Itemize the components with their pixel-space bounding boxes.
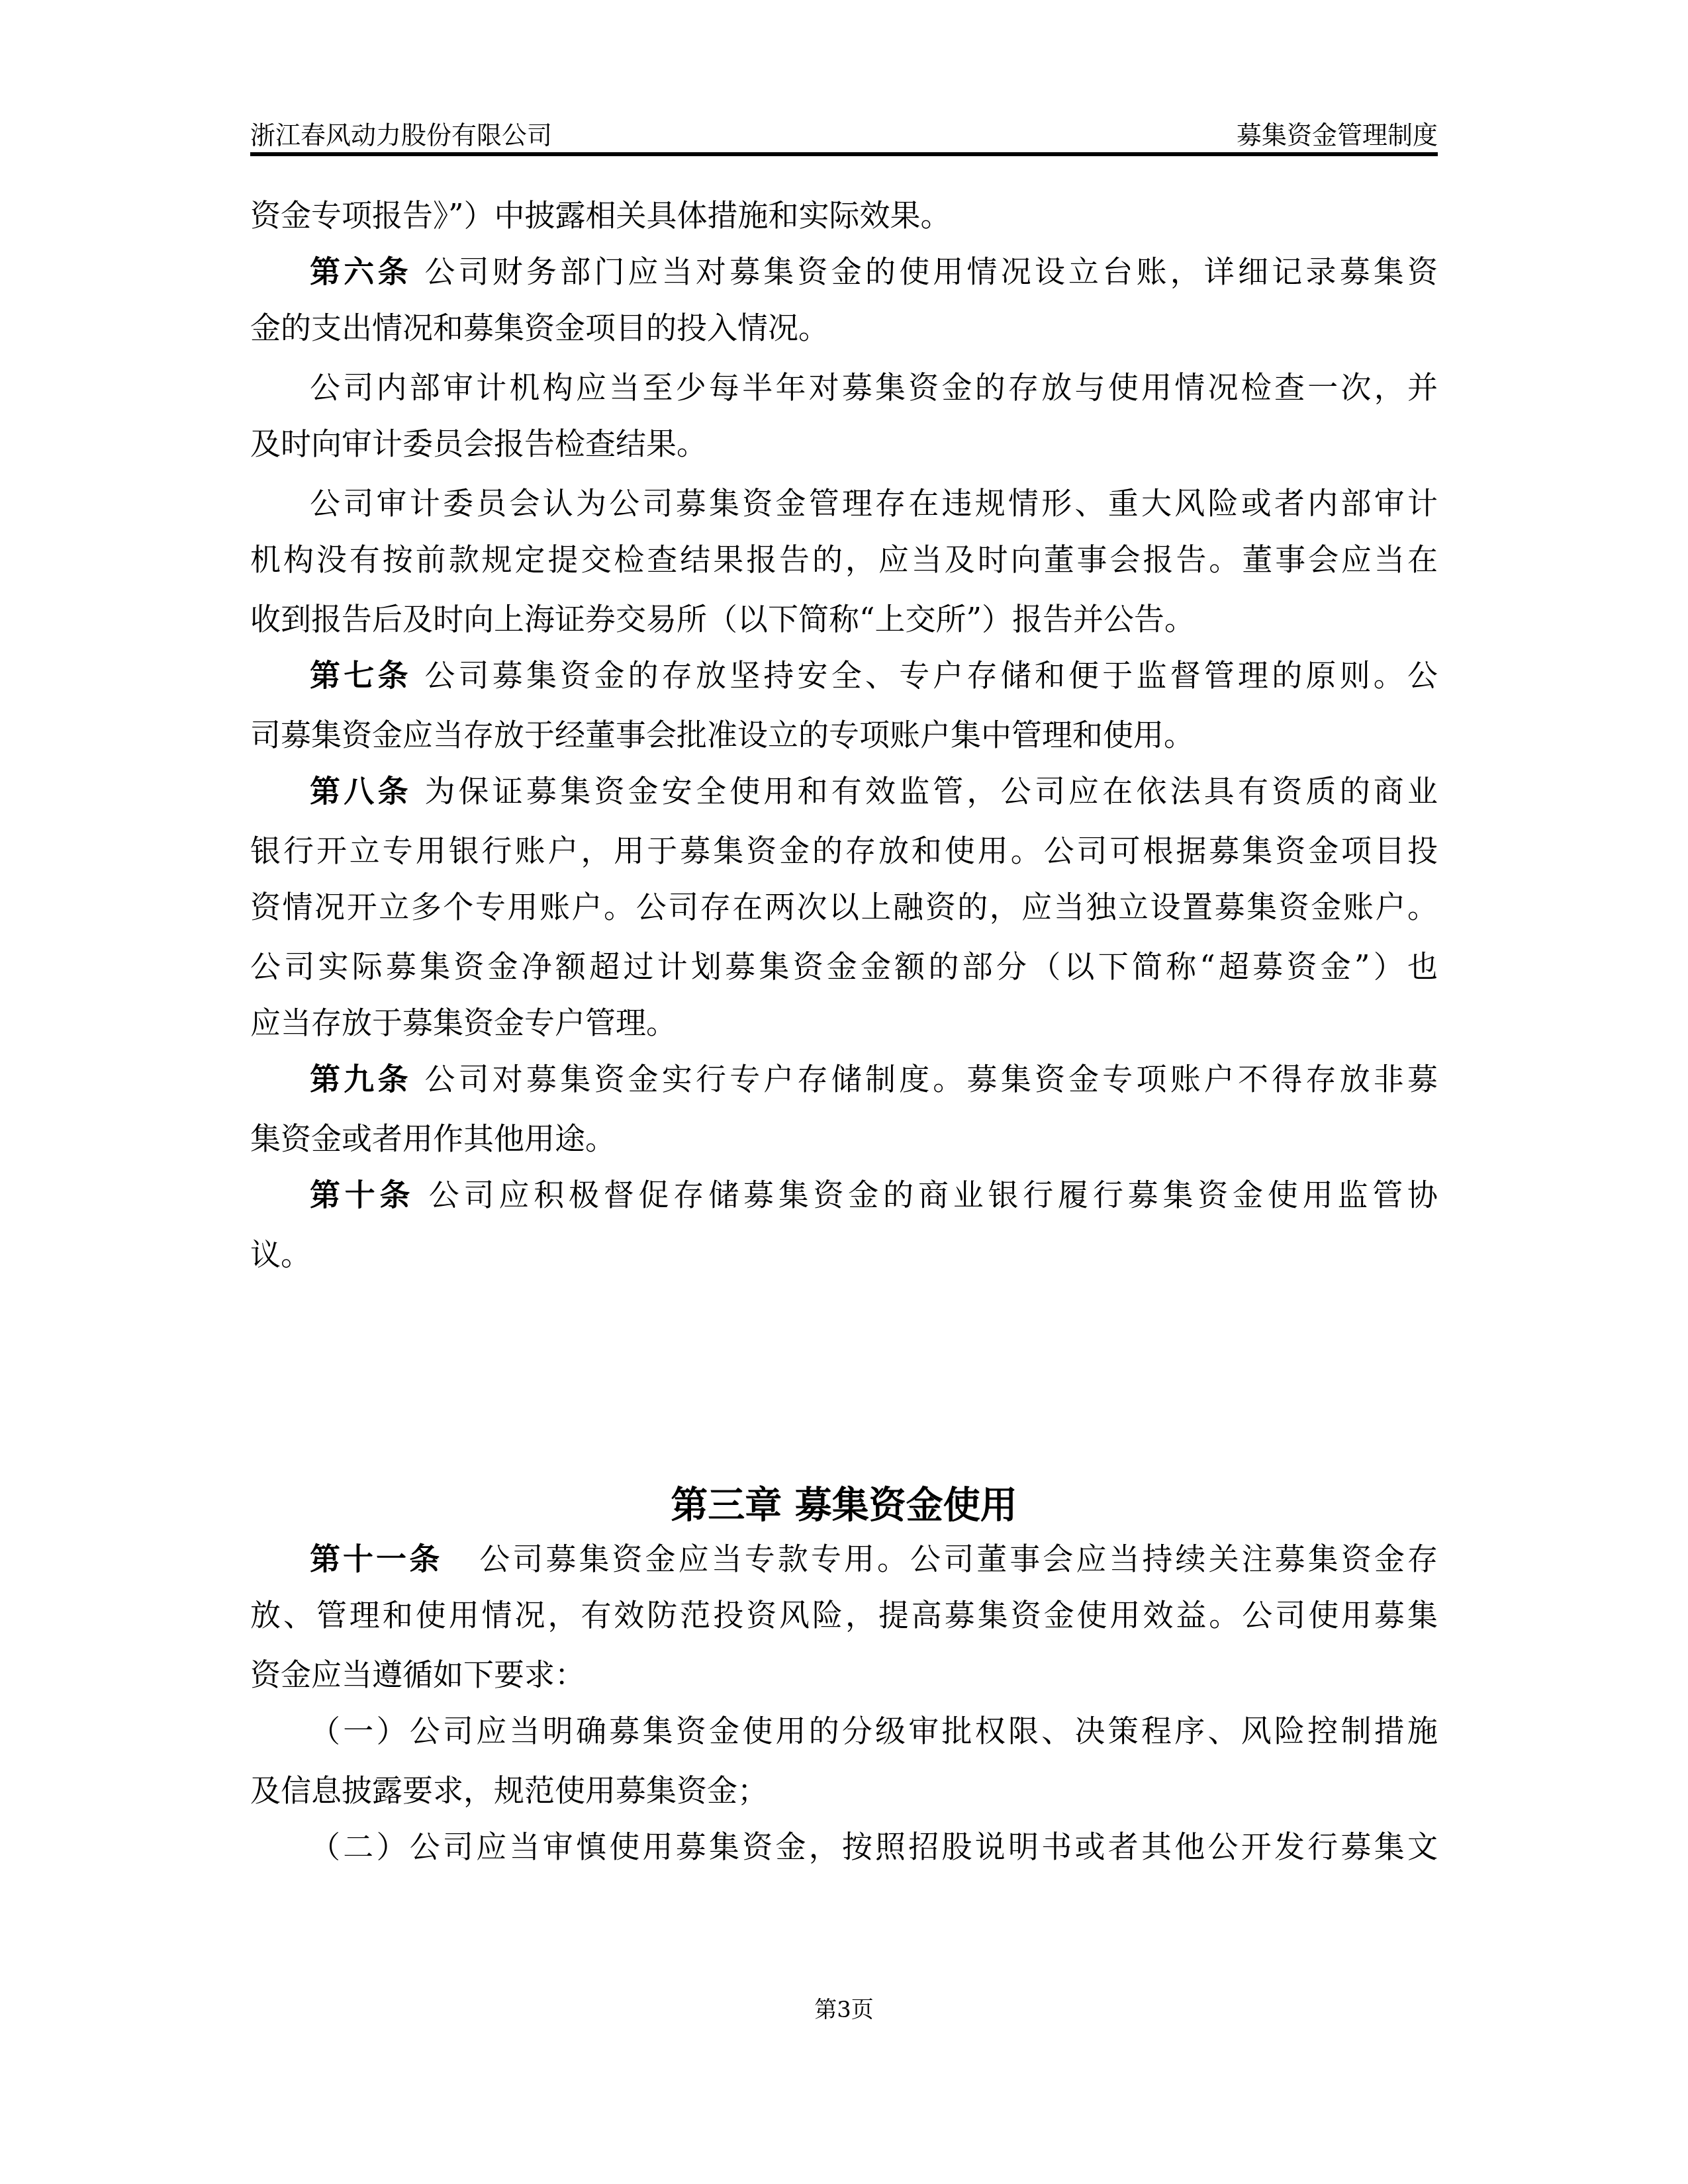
paragraph-line: 议。 [250,1234,1438,1274]
paragraph-line: 金的支出情况和募集资金项目的投入情况。 [250,308,1438,347]
article-text: 为保证募集资金安全使用和有效监管，公司应在依法具有资质的商业 [424,773,1438,809]
paragraph-line: 集资金或者用作其他用途。 [250,1118,1438,1158]
article-8-line: 第八条 为保证募集资金安全使用和有效监管，公司应在依法具有资质的商业 [310,771,1438,811]
paragraph-line: 公司实际募集资金净额超过计划募集资金金额的部分（以下简称“超募资金”）也 [250,946,1438,986]
paragraph-line: 放、管理和使用情况，有效防范投资风险，提高募集资金使用效益。公司使用募集 [250,1595,1438,1635]
article-label: 第六条 [310,253,412,289]
paragraph-line: 公司审计委员会认为公司募集资金管理存在违规情形、重大风险或者内部审计 [310,483,1438,523]
paragraph-line: 及时向审计委员会报告检查结果。 [250,424,1438,463]
paragraph-line: 资情况开立多个专用账户。公司存在两次以上融资的，应当独立设置募集资金账户。 [250,887,1438,927]
paragraph-line: 银行开立专用银行账户，用于募集资金的存放和使用。公司可根据募集资金项目投 [250,831,1438,870]
article-11-line: 第十一条 公司募集资金应当专款专用。公司董事会应当持续关注募集资金存 [310,1539,1438,1578]
article-9-line: 第九条 公司对募集资金实行专户存储制度。募集资金专项账户不得存放非募 [310,1059,1438,1099]
paragraph-line: 司募集资金应当存放于经董事会批准设立的专项账户集中管理和使用。 [250,715,1438,754]
article-7-line: 第七条 公司募集资金的存放坚持安全、专户存储和便于监督管理的原则。公 [310,655,1438,695]
article-label: 第十一条 [310,1541,442,1576]
article-text: 公司募集资金的存放坚持安全、专户存储和便于监督管理的原则。公 [424,657,1438,693]
article-label: 第十条 [310,1177,414,1212]
chapter-heading: 第三章 募集资金使用 [0,1482,1688,1529]
article-label: 第七条 [310,657,412,693]
paragraph-line: 公司内部审计机构应当至少每半年对募集资金的存放与使用情况检查一次，并 [310,367,1438,407]
list-item-line: （二）公司应当审慎使用募集资金，按照招股说明书或者其他公开发行募集文 [310,1827,1438,1866]
paragraph-line: 机构没有按前款规定提交检查结果报告的，应当及时向董事会报告。董事会应当在 [250,539,1438,579]
document-title: 募集资金管理制度 [1237,118,1438,152]
article-label: 第八条 [310,773,412,809]
article-text: 公司应积极督促存储募集资金的商业银行履行募集资金使用监管协 [429,1177,1438,1212]
article-text: 公司财务部门应当对募集资金的使用情况设立台账，详细记录募集资 [424,253,1438,289]
article-text: 公司募集资金应当专款专用。公司董事会应当持续关注募集资金存 [479,1541,1438,1576]
company-name: 浙江春风动力股份有限公司 [250,118,552,152]
page-header: 浙江春风动力股份有限公司 募集资金管理制度 [250,118,1438,152]
article-label: 第九条 [310,1061,412,1097]
paragraph-line: 应当存放于募集资金专户管理。 [250,1003,1438,1042]
list-item-line: 及信息披露要求，规范使用募集资金； [250,1770,1438,1810]
paragraph-line: 收到报告后及时向上海证券交易所（以下简称“上交所”）报告并公告。 [250,599,1438,639]
header-divider [250,152,1438,156]
article-text: 公司对募集资金实行专户存储制度。募集资金专项账户不得存放非募 [424,1061,1438,1097]
paragraph-line: 资金专项报告》”）中披露相关具体措施和实际效果。 [250,195,1438,235]
paragraph-line: 资金应当遵循如下要求： [250,1655,1438,1694]
page-number: 第3页 [0,1995,1688,2025]
article-6-line: 第六条 公司财务部门应当对募集资金的使用情况设立台账，详细记录募集资 [310,251,1438,291]
list-item-line: （一）公司应当明确募集资金使用的分级审批权限、决策程序、风险控制措施 [310,1711,1438,1751]
article-10-line: 第十条 公司应积极督促存储募集资金的商业银行履行募集资金使用监管协 [310,1175,1438,1214]
